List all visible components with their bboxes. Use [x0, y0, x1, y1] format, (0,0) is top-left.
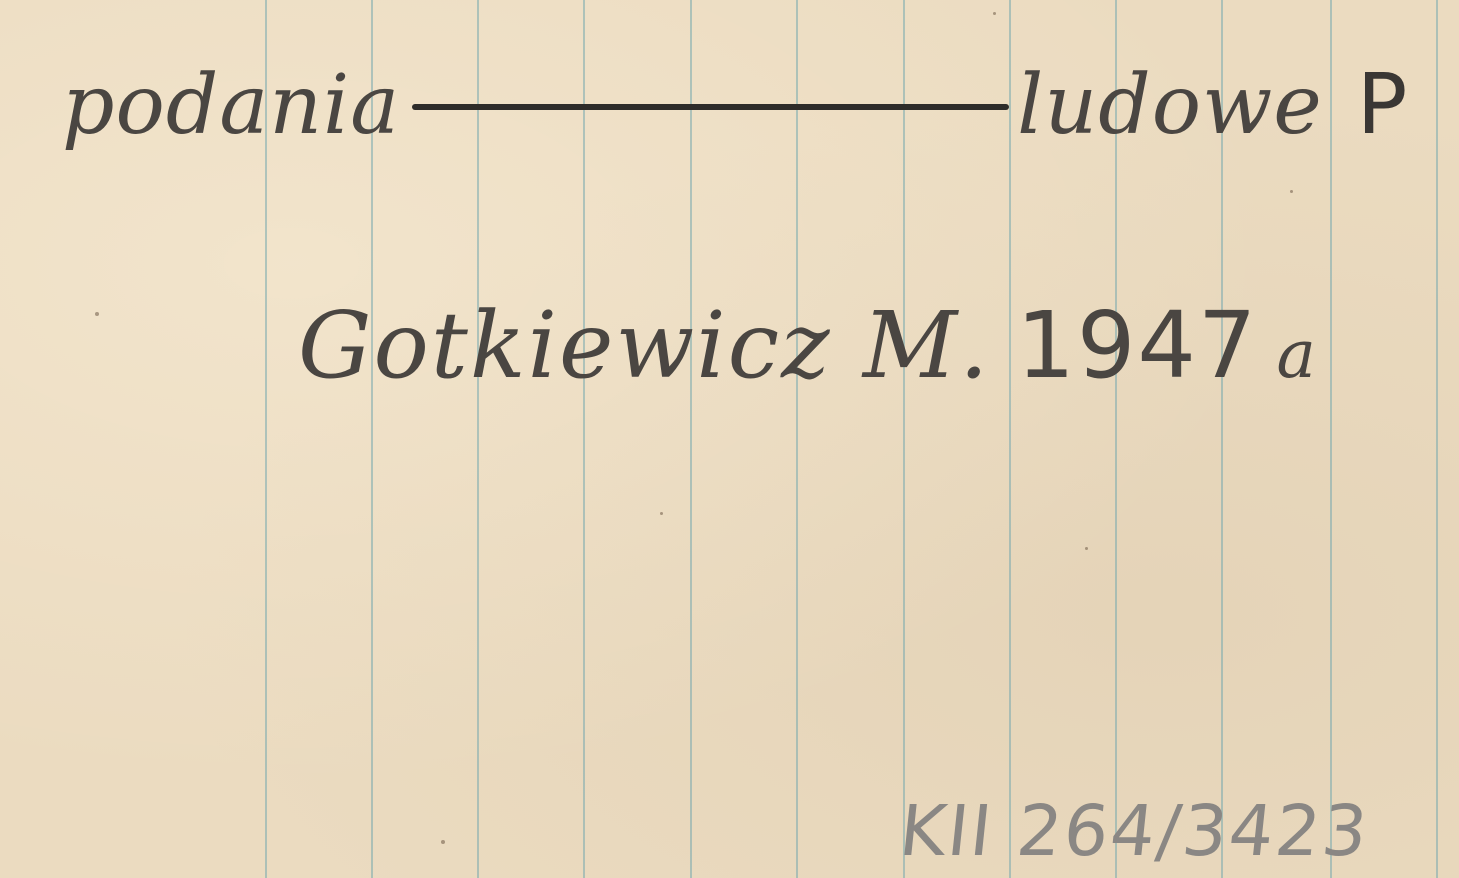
subject-line: podania ludoweP	[62, 62, 1408, 147]
ruling-line	[1436, 0, 1438, 878]
paper-speck	[993, 12, 996, 15]
index-card: podania ludoweP Gotkiewicz M.1947a KII 2…	[0, 0, 1459, 878]
year-suffix: a	[1276, 316, 1317, 393]
author-line: Gotkiewicz M.1947a	[298, 300, 1318, 392]
author-name: Gotkiewicz M.	[298, 292, 990, 399]
struck-out-word	[418, 65, 999, 147]
catalog-letter: P	[1357, 55, 1409, 153]
publication-year: 1947	[1016, 292, 1258, 399]
paper-speck	[660, 512, 663, 515]
pencil-shelfmark: KII 264/3423	[896, 790, 1373, 872]
subject-word-ludowe: ludowe	[1017, 58, 1323, 153]
paper-speck	[1085, 547, 1088, 550]
subject-word: podania	[62, 58, 400, 153]
paper-speck	[1290, 190, 1293, 193]
paper-speck	[95, 312, 99, 316]
paper-speck	[441, 840, 445, 844]
